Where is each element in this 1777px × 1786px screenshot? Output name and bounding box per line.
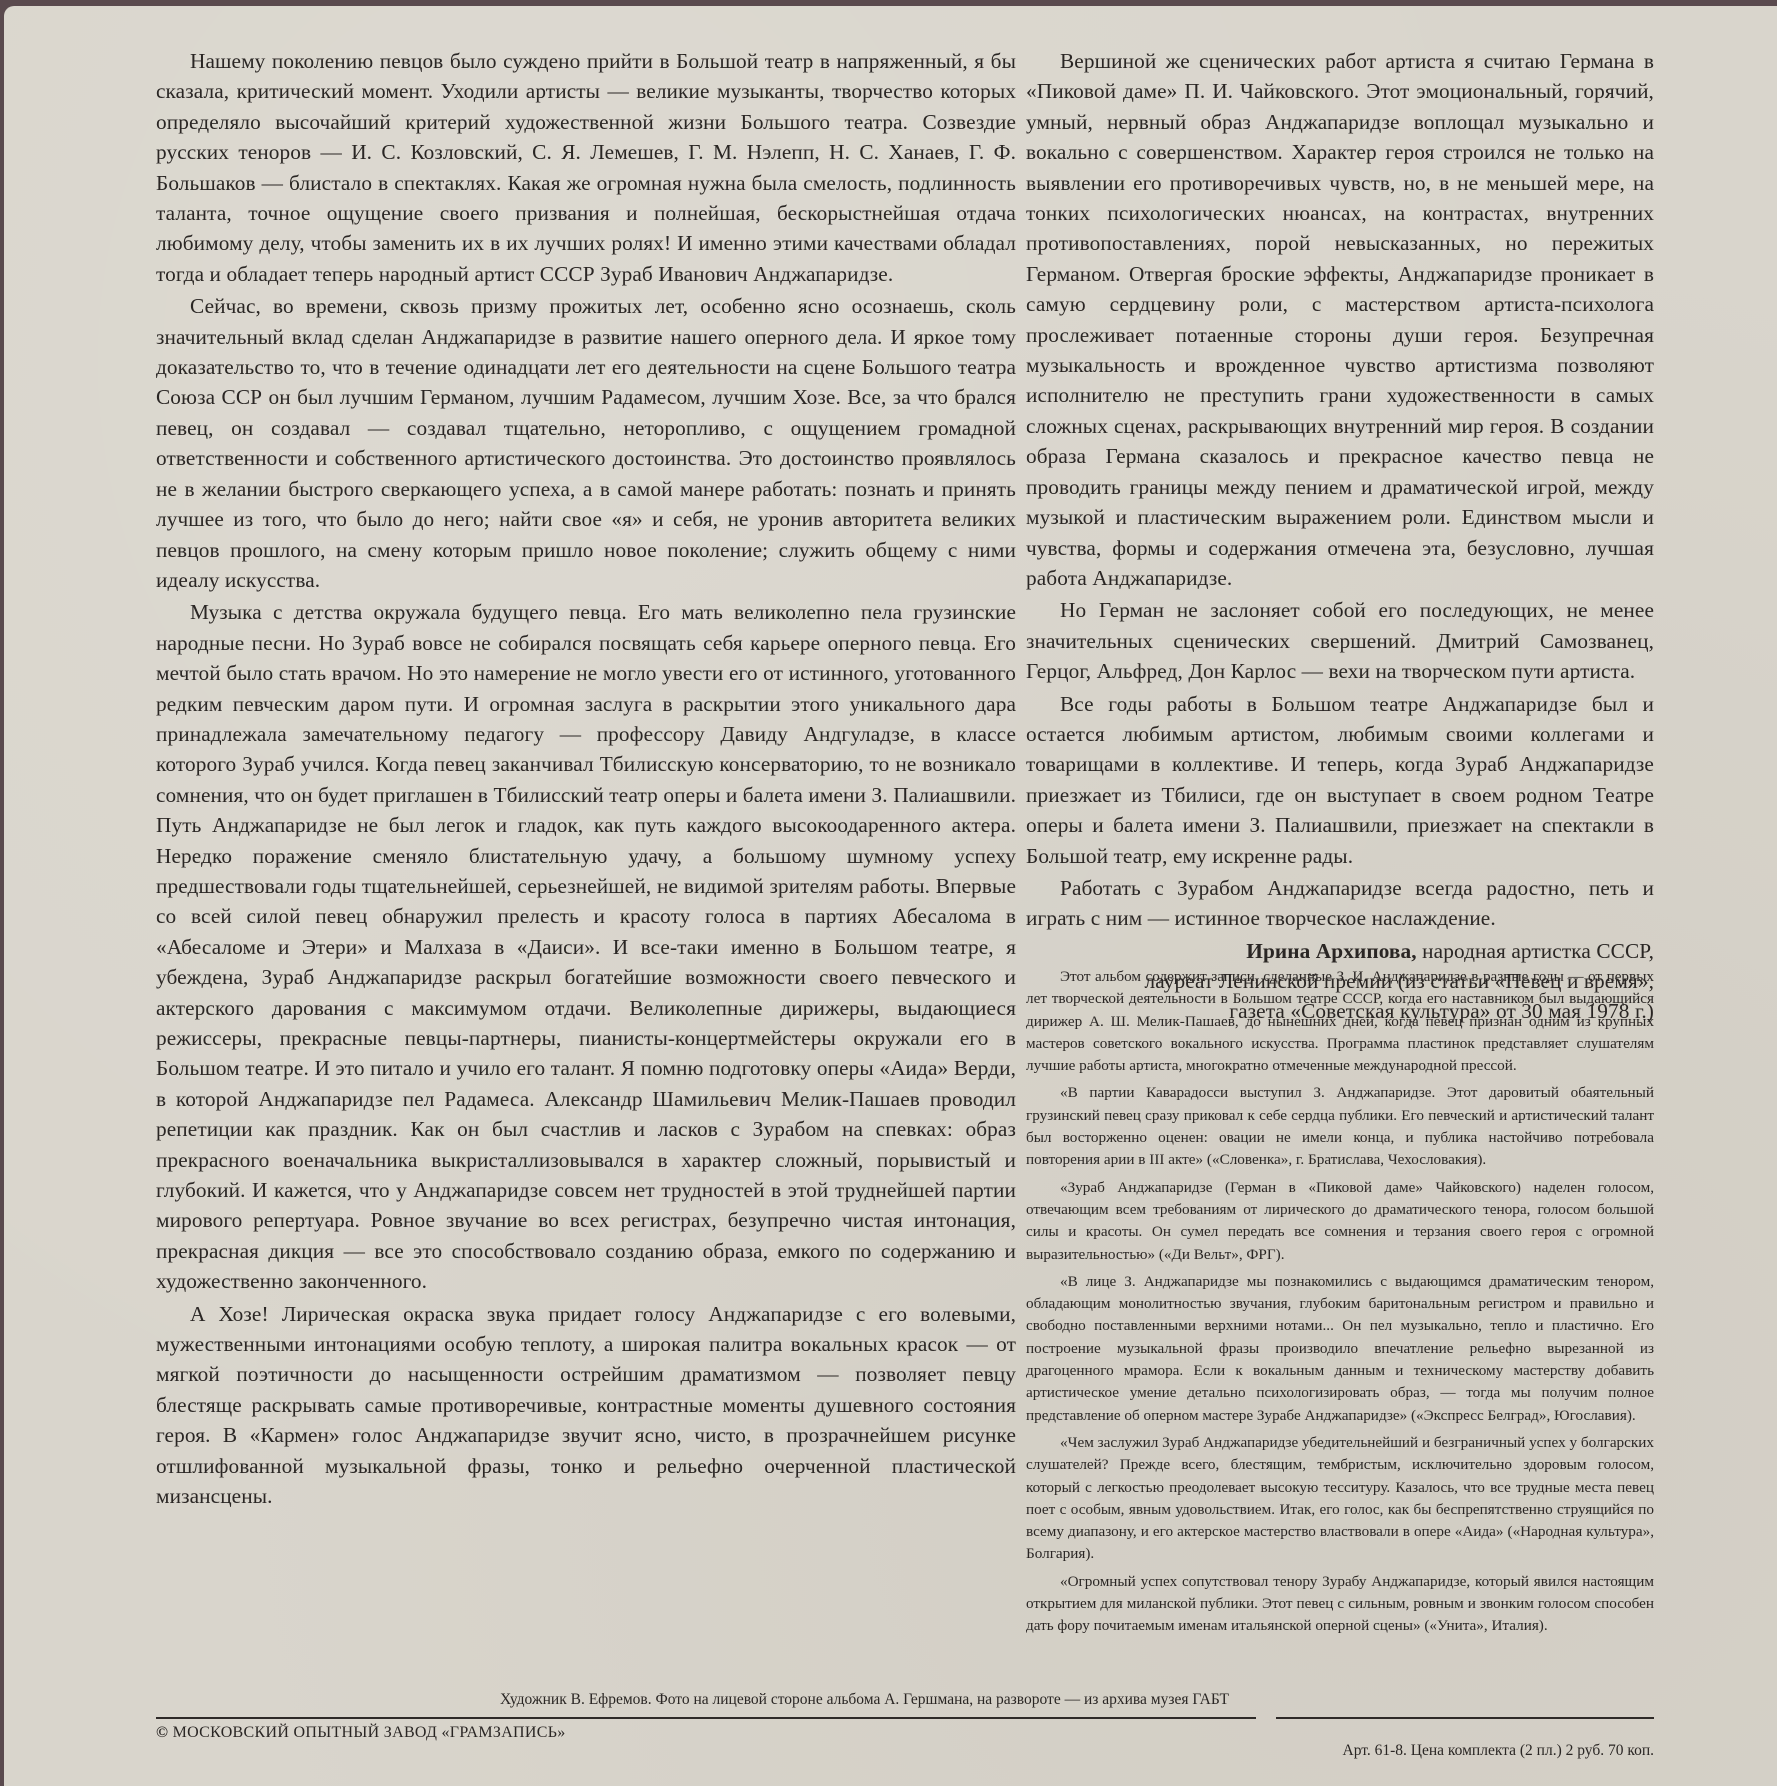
article-paragraph: А Хозе! Лирическая окраска звука придает…: [156, 1299, 1016, 1512]
article-paragraph: Все годы работы в Большом театре Анджапа…: [1026, 689, 1654, 871]
article-left-column: Нашему поколению певцов было суждено при…: [156, 46, 1016, 1512]
divider-left: [156, 1717, 1256, 1719]
signature-line-1: Ирина Архипова, народная артистка СССР,: [1026, 936, 1654, 966]
article-paragraph: Сейчас, во времени, сквозь призму прожит…: [156, 291, 1016, 595]
article-paragraph: Но Герман не заслоняет собой его последу…: [1026, 595, 1654, 686]
article-paragraph: Нашему поколению певцов было суждено при…: [156, 46, 1016, 289]
press-quote: «В лице З. Анджапаридзе мы познакомились…: [1026, 1271, 1654, 1427]
press-notes: Этот альбом содержит записи, сделанные З…: [1026, 966, 1654, 1638]
press-quote: «В партии Каварадосси выступил З. Анджап…: [1026, 1082, 1654, 1171]
footer-bottom-row: © МОСКОВСКИЙ ОПЫТНЫЙ ЗАВОД «ГРАМЗАПИСЬ» …: [156, 1723, 1654, 1761]
author-name: Ирина Архипова,: [1246, 939, 1416, 963]
publisher-name: МОСКОВСКИЙ ОПЫТНЫЙ ЗАВОД «ГРАМЗАПИСЬ»: [173, 1724, 566, 1741]
publisher-line: © МОСКОВСКИЙ ОПЫТНЫЙ ЗАВОД «ГРАМЗАПИСЬ»: [156, 1723, 566, 1761]
credits-line: Художник В. Ефремов. Фото на лицевой сто…: [156, 1689, 1654, 1711]
press-quote: «Зураб Анджапаридзе (Герман в «Пиковой д…: [1026, 1177, 1654, 1266]
author-title: народная артистка СССР,: [1417, 939, 1654, 963]
article-paragraph: Музыка с детства окружала будущего певца…: [156, 597, 1016, 1296]
copyright-icon: ©: [156, 1724, 168, 1741]
album-back-cover: Нашему поколению певцов было суждено при…: [4, 6, 1777, 1786]
article-paragraph: Вершиной же сценических работ артиста я …: [1026, 46, 1654, 593]
footer-divider: [156, 1717, 1654, 1723]
divider-right: [1276, 1717, 1654, 1719]
press-quote: «Чем заслужил Зураб Анджапаридзе убедите…: [1026, 1432, 1654, 1566]
article-right-column: Вершиной же сценических работ артиста я …: [1026, 46, 1654, 1026]
album-description: Этот альбом содержит записи, сделанные З…: [1026, 966, 1654, 1077]
press-quote: «Огромный успех сопутствовал тенору Зура…: [1026, 1571, 1654, 1638]
footer: Художник В. Ефремов. Фото на лицевой сто…: [156, 1689, 1654, 1761]
price-line: Арт. 61-8. Цена комплекта (2 пл.) 2 руб.…: [1343, 1741, 1654, 1761]
article-paragraph: Работать с Зурабом Анджапаридзе всегда р…: [1026, 873, 1654, 934]
